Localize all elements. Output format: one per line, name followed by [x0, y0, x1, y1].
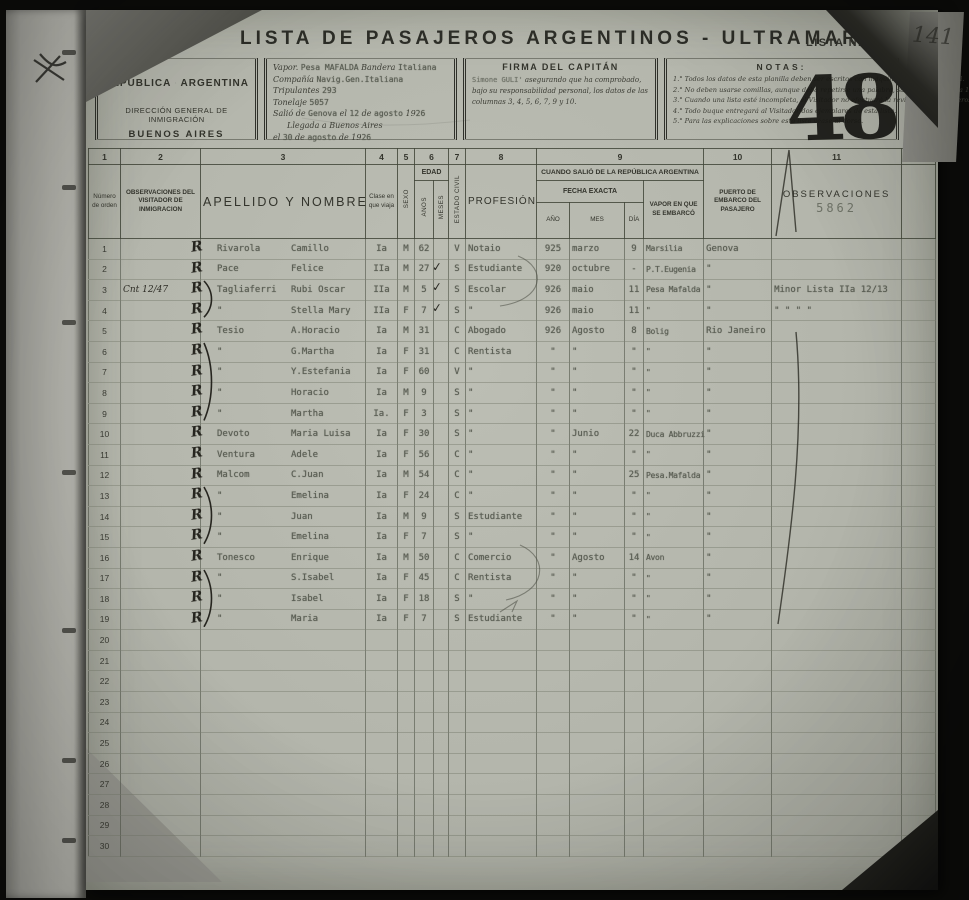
- table-cell: F: [398, 300, 415, 321]
- table-cell: [449, 630, 466, 651]
- table-cell: ": [537, 424, 570, 445]
- table-cell: 13: [89, 486, 121, 507]
- lista-n-label: LISTA N.: [806, 37, 863, 49]
- table-cell: [366, 712, 398, 733]
- org-city: BUENOS AIRES: [104, 129, 249, 140]
- table-cell: S: [449, 280, 466, 301]
- table-cell: [201, 836, 366, 857]
- table-cell: 27: [415, 259, 434, 280]
- table-cell: 19: [89, 609, 121, 630]
- given-name: S.Isabel: [291, 573, 334, 583]
- table-cell: Ia: [366, 527, 398, 548]
- table-cell: [537, 630, 570, 651]
- table-cell: ": [570, 527, 625, 548]
- col-number: 8: [466, 149, 537, 165]
- table-cell: 11: [625, 280, 644, 301]
- surname: Rivarola: [217, 244, 260, 254]
- table-cell: [121, 630, 201, 651]
- table-cell: C: [449, 341, 466, 362]
- table-cell: ": [704, 403, 772, 424]
- header-row-1: Número de orden OBSERVACIONES DEL VISITA…: [89, 165, 936, 181]
- table-cell: 2: [89, 259, 121, 280]
- table-cell: [449, 774, 466, 795]
- table-cell: [201, 671, 366, 692]
- table-cell: ": [570, 383, 625, 404]
- table-cell: 9: [415, 506, 434, 527]
- surname: ": [217, 573, 222, 583]
- header-dia: DÍA: [625, 203, 644, 239]
- table-cell: 26: [89, 753, 121, 774]
- table-cell: [704, 836, 772, 857]
- table-cell: [625, 630, 644, 651]
- table-cell: 7: [89, 362, 121, 383]
- table-cell: [434, 815, 449, 836]
- surname: Malcom: [217, 470, 250, 480]
- table-cell: [570, 630, 625, 651]
- binding-stitch: [62, 838, 76, 843]
- table-cell: [449, 815, 466, 836]
- table-cell: Abogado: [466, 321, 537, 342]
- tripulantes-value: 293: [322, 86, 336, 95]
- table-cell: [398, 671, 415, 692]
- table-cell: [644, 774, 704, 795]
- table-cell: IIa: [366, 259, 398, 280]
- table-cell: ": [570, 506, 625, 527]
- col-number: 5: [398, 149, 415, 165]
- llegada-day: 30: [283, 133, 293, 142]
- col-number: 2: [121, 149, 201, 165]
- table-cell: [466, 692, 537, 713]
- table-row: 30: [89, 836, 936, 857]
- table-cell: [415, 650, 434, 671]
- table-cell: ": [466, 589, 537, 610]
- table-cell: [449, 692, 466, 713]
- table-cell: 9: [89, 403, 121, 424]
- table-cell: 3: [415, 403, 434, 424]
- table-cell: "Horacio: [201, 383, 366, 404]
- binding-stitch: [62, 50, 76, 55]
- table-cell: 7: [415, 300, 434, 321]
- table-cell: 56: [415, 444, 434, 465]
- table-row: 2PaceFeliceIIaM27SEstudiante920octubre-P…: [89, 259, 936, 280]
- table-cell: [434, 692, 449, 713]
- table-cell: ": [537, 444, 570, 465]
- table-cell: ": [644, 527, 704, 548]
- table-cell: [434, 444, 449, 465]
- table-cell: octubre: [570, 259, 625, 280]
- table-cell: [537, 753, 570, 774]
- table-cell: [366, 815, 398, 836]
- table-cell: Ia: [366, 465, 398, 486]
- table-cell: [902, 527, 936, 548]
- table-cell: V: [449, 362, 466, 383]
- given-name: Emelina: [291, 532, 329, 542]
- table-cell: ": [704, 527, 772, 548]
- table-cell: [625, 671, 644, 692]
- table-cell: [625, 836, 644, 857]
- table-cell: ": [625, 341, 644, 362]
- table-cell: [434, 671, 449, 692]
- table-row: 7"Y.EstefaniaIaF60V"""""": [89, 362, 936, 383]
- table-cell: "Y.Estefania: [201, 362, 366, 383]
- table-cell: [121, 712, 201, 733]
- surname: ": [217, 532, 222, 542]
- table-cell: [570, 733, 625, 754]
- table-cell: ": [466, 486, 537, 507]
- header-anio: AÑO: [537, 203, 570, 239]
- table-cell: maio: [570, 280, 625, 301]
- table-cell: C: [449, 465, 466, 486]
- table-cell: 60: [415, 362, 434, 383]
- table-cell: [902, 300, 936, 321]
- table-cell: 8: [625, 321, 644, 342]
- table-cell: [398, 733, 415, 754]
- table-cell: [201, 712, 366, 733]
- table-cell: "S.Isabel: [201, 568, 366, 589]
- table-cell: [415, 774, 434, 795]
- header-mes: MES: [570, 203, 625, 239]
- surname: Tesio: [217, 326, 244, 336]
- table-cell: [121, 733, 201, 754]
- table-cell: Avon: [644, 547, 704, 568]
- table-row: 22: [89, 671, 936, 692]
- table-cell: ": [704, 444, 772, 465]
- table-cell: S: [449, 527, 466, 548]
- table-row: 13"EmelinaIaF24C"""""": [89, 486, 936, 507]
- header-anios: AÑOS: [415, 181, 434, 239]
- surname: ": [217, 594, 222, 604]
- header-blank-col: [902, 165, 936, 239]
- table-cell: [772, 733, 902, 754]
- table-cell: [902, 383, 936, 404]
- table-cell: [625, 733, 644, 754]
- table-cell: ": [704, 383, 772, 404]
- table-cell: Ia: [366, 506, 398, 527]
- table-cell: maio: [570, 300, 625, 321]
- table-cell: [537, 733, 570, 754]
- table-cell: ": [466, 383, 537, 404]
- table-cell: [398, 836, 415, 857]
- table-cell: Ia: [366, 589, 398, 610]
- table-cell: [772, 362, 902, 383]
- table-cell: ": [570, 609, 625, 630]
- table-cell: 31: [415, 341, 434, 362]
- table-cell: Ia: [366, 362, 398, 383]
- table-row: 17"S.IsabelIaF45CRentista""""": [89, 568, 936, 589]
- table-cell: [772, 341, 902, 362]
- table-cell: "Emelina: [201, 486, 366, 507]
- table-cell: 926: [537, 280, 570, 301]
- table-cell: [644, 712, 704, 733]
- table-cell: [772, 630, 902, 651]
- table-cell: [466, 815, 537, 836]
- argentina-coat-of-arms-icon: [175, 66, 176, 100]
- table-cell: 22: [89, 671, 121, 692]
- table-cell: ": [704, 300, 772, 321]
- table-cell: [772, 383, 902, 404]
- table-cell: ": [644, 383, 704, 404]
- table-cell: [201, 650, 366, 671]
- table-cell: 29: [89, 815, 121, 836]
- table-cell: [644, 692, 704, 713]
- header-observaciones: OBSERVACIONES 5862: [772, 165, 902, 239]
- table-cell: [201, 733, 366, 754]
- table-row: 15"EmelinaIaF7S"""""": [89, 527, 936, 548]
- table-cell: [625, 795, 644, 816]
- table-cell: Estudiante: [466, 506, 537, 527]
- table-cell: [772, 753, 902, 774]
- table-cell: [434, 733, 449, 754]
- table-cell: [772, 527, 902, 548]
- table-cell: [772, 774, 902, 795]
- table-cell: [121, 321, 201, 342]
- table-cell: [902, 486, 936, 507]
- table-cell: Agosto: [570, 547, 625, 568]
- table-cell: [902, 609, 936, 630]
- table-cell: 18: [89, 589, 121, 610]
- table-cell: [772, 650, 902, 671]
- table-cell: [121, 836, 201, 857]
- table-cell: [902, 589, 936, 610]
- table-cell: Pesa Mafalda: [644, 280, 704, 301]
- table-row: 23: [89, 692, 936, 713]
- table-cell: 50: [415, 547, 434, 568]
- table-cell: 7: [415, 609, 434, 630]
- table-cell: [570, 650, 625, 671]
- surname: ": [217, 512, 222, 522]
- table-cell: [434, 712, 449, 733]
- table-cell: F: [398, 341, 415, 362]
- surname: Devoto: [217, 429, 250, 439]
- table-cell: [449, 712, 466, 733]
- table-cell: [772, 486, 902, 507]
- table-cell: [902, 321, 936, 342]
- col-number: 3: [201, 149, 366, 165]
- table-cell: ": [625, 527, 644, 548]
- table-cell: [434, 568, 449, 589]
- given-name: Camillo: [291, 244, 329, 254]
- table-cell: [902, 444, 936, 465]
- table-cell: 12: [89, 465, 121, 486]
- table-cell: ": [704, 506, 772, 527]
- surname: ": [217, 409, 222, 419]
- table-cell: C: [449, 321, 466, 342]
- table-cell: S: [449, 300, 466, 321]
- table-cell: [537, 815, 570, 836]
- table-cell: ": [570, 486, 625, 507]
- table-cell: ": [537, 547, 570, 568]
- surname: Tonesco: [217, 553, 255, 563]
- table-cell: [644, 753, 704, 774]
- org-name-left: REPÚBLICA: [104, 78, 171, 89]
- given-name: Stella Mary: [291, 306, 351, 316]
- table-row: 21: [89, 650, 936, 671]
- table-cell: "Martha: [201, 403, 366, 424]
- table-cell: S: [449, 424, 466, 445]
- given-name: Maria Luisa: [291, 429, 351, 439]
- col-number: 9: [537, 149, 704, 165]
- table-cell: ": [625, 486, 644, 507]
- table-cell: ": [570, 362, 625, 383]
- table-cell: F: [398, 403, 415, 424]
- table-cell: "Juan: [201, 506, 366, 527]
- table-cell: ": [466, 362, 537, 383]
- table-cell: [902, 774, 936, 795]
- table-cell: M: [398, 239, 415, 260]
- table-cell: [434, 424, 449, 445]
- table-cell: ": [644, 486, 704, 507]
- table-cell: F: [398, 424, 415, 445]
- header-observaciones-visitador: OBSERVACIONES DEL VISITADOR DE INMIGRACI…: [121, 165, 201, 239]
- given-name: Adele: [291, 450, 318, 460]
- table-cell: ": [466, 424, 537, 445]
- table-cell: [466, 774, 537, 795]
- header-fecha-exacta: FECHA EXACTA: [537, 181, 644, 203]
- bandera-value: Italiana: [398, 63, 437, 72]
- header-apellido-nombre: APELLIDO Y NOMBRE: [201, 165, 366, 239]
- table-cell: [625, 774, 644, 795]
- table-row: 19"MariaIaF7SEstudiante""""": [89, 609, 936, 630]
- table-cell: [772, 712, 902, 733]
- table-cell: [121, 753, 201, 774]
- surname: Ventura: [217, 450, 255, 460]
- col-number: 10: [704, 149, 772, 165]
- table-cell: Agosto: [570, 321, 625, 342]
- table-cell: [121, 444, 201, 465]
- vapor-value: Pesa MAFALDA: [301, 63, 359, 72]
- table-cell: [415, 630, 434, 651]
- table-row: 3Cnt 12/47TagliaferriRubi OscarIIaM5SEsc…: [89, 280, 936, 301]
- table-cell: [121, 239, 201, 260]
- table-cell: [434, 341, 449, 362]
- table-cell: [466, 753, 537, 774]
- table-cell: [398, 795, 415, 816]
- table-cell: -: [625, 259, 644, 280]
- table-cell: ": [625, 568, 644, 589]
- table-cell: [434, 506, 449, 527]
- table-cell: [121, 589, 201, 610]
- table-cell: [625, 692, 644, 713]
- table-cell: [366, 671, 398, 692]
- header-cuando-salio: CUANDO SALIÓ DE LA REPÚBLICA ARGENTINA: [537, 165, 704, 181]
- table-cell: ": [644, 403, 704, 424]
- table-cell: [902, 712, 936, 733]
- table-cell: [415, 692, 434, 713]
- table-cell: [201, 774, 366, 795]
- table-cell: ": [644, 589, 704, 610]
- table-cell: [772, 568, 902, 589]
- captain-statement: Simone GULI' asegurando que ha comprobad…: [472, 75, 649, 109]
- col-number: 1: [89, 149, 121, 165]
- table-cell: [902, 836, 936, 857]
- header-numero-orden: Número de orden: [89, 165, 121, 239]
- table-cell: [466, 712, 537, 733]
- given-name: Enrique: [291, 553, 329, 563]
- table-row: 24: [89, 712, 936, 733]
- table-cell: TonescoEnrique: [201, 547, 366, 568]
- table-cell: [704, 815, 772, 836]
- table-cell: 10: [89, 424, 121, 445]
- table-cell: Ia: [366, 239, 398, 260]
- table-cell: "Emelina: [201, 527, 366, 548]
- table-cell: [121, 259, 201, 280]
- table-cell: Estudiante: [466, 609, 537, 630]
- page-title: LISTA DE PASAJEROS ARGENTINOS - ULTRAMAR: [240, 28, 820, 50]
- table-cell: [434, 795, 449, 816]
- table-cell: PaceFelice: [201, 259, 366, 280]
- binding-stitch: [62, 758, 76, 763]
- table-cell: [902, 506, 936, 527]
- table-cell: ": [537, 362, 570, 383]
- table-cell: [772, 321, 902, 342]
- org-box: REPÚBLICA ARGENTINA DIRECCIÓN GENERAL DE…: [95, 58, 258, 140]
- table-cell: 1: [89, 239, 121, 260]
- ship-line-compania: Compañía Navig.Gen.Italiana Tripulantes …: [273, 74, 448, 97]
- table-cell: [121, 341, 201, 362]
- table-cell: ": [537, 527, 570, 548]
- ship-line-llegada-label: Llegada a Buenos Aires: [273, 120, 448, 132]
- table-cell: [121, 774, 201, 795]
- table-cell: F: [398, 444, 415, 465]
- table-cell: [434, 486, 449, 507]
- table-cell: [434, 609, 449, 630]
- table-row: 28: [89, 795, 936, 816]
- table-cell: [902, 671, 936, 692]
- table-cell: DevotoMaria Luisa: [201, 424, 366, 445]
- table-cell: [121, 692, 201, 713]
- table-cell: [537, 836, 570, 857]
- table-cell: F: [398, 589, 415, 610]
- table-cell: [537, 671, 570, 692]
- table-cell: [121, 650, 201, 671]
- table-cell: [772, 424, 902, 445]
- table-cell: [121, 527, 201, 548]
- table-cell: [121, 815, 201, 836]
- table-cell: Cnt 12/47: [121, 280, 201, 301]
- table-cell: ": [570, 444, 625, 465]
- table-cell: ": [644, 506, 704, 527]
- table-cell: [902, 403, 936, 424]
- table-cell: 24: [89, 712, 121, 733]
- table-cell: F: [398, 609, 415, 630]
- table-cell: ": [625, 506, 644, 527]
- table-cell: 5: [415, 280, 434, 301]
- header-estado-civil: ESTADO CIVIL: [449, 165, 466, 239]
- scanned-passenger-list-photo: LISTA DE PASAJEROS ARGENTINOS - ULTRAMAR…: [0, 0, 969, 900]
- table-cell: [366, 630, 398, 651]
- table-cell: Ia: [366, 444, 398, 465]
- table-cell: ": [570, 589, 625, 610]
- table-cell: [902, 815, 936, 836]
- given-name: Emelina: [291, 491, 329, 501]
- table-row: 5TesioA.HoracioIaM31CAbogado926Agosto8Bo…: [89, 321, 936, 342]
- table-cell: [772, 506, 902, 527]
- table-cell: M: [398, 321, 415, 342]
- table-cell: 31: [415, 321, 434, 342]
- table-cell: [466, 671, 537, 692]
- table-cell: [902, 692, 936, 713]
- given-name: Martha: [291, 409, 324, 419]
- table-cell: ": [644, 444, 704, 465]
- table-cell: marzo: [570, 239, 625, 260]
- table-cell: M: [398, 259, 415, 280]
- ship-line-vapor: Vapor. Pesa MAFALDA Bandera Italiana: [273, 62, 448, 74]
- table-cell: ": [537, 609, 570, 630]
- table-cell: [902, 280, 936, 301]
- table-cell: [398, 815, 415, 836]
- table-cell: 25: [89, 733, 121, 754]
- table-cell: ": [704, 547, 772, 568]
